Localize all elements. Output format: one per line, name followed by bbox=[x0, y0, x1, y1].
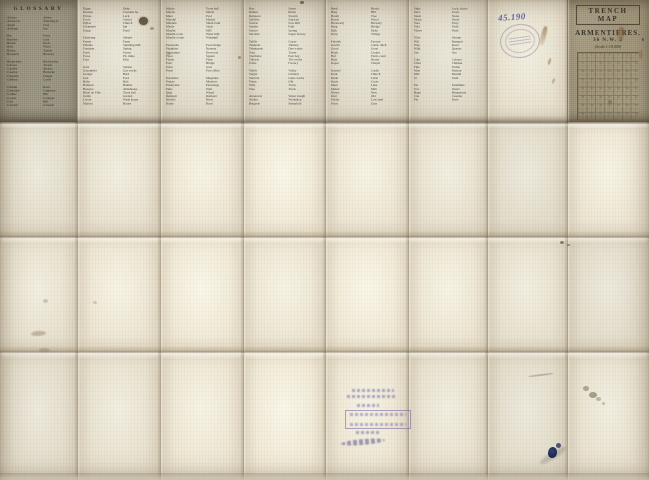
stain bbox=[93, 301, 97, 304]
stain bbox=[300, 1, 304, 4]
glossary-list: MairieTown hallMaraisMarshMarePoolMarché… bbox=[166, 7, 240, 106]
glossary-list: AbbayeAbbeyAbreuvoirWatering pl.ArgileCl… bbox=[7, 16, 74, 107]
map-panel bbox=[325, 122, 408, 237]
map-panel bbox=[243, 237, 325, 352]
map-panel bbox=[567, 122, 649, 237]
cover-scale-note: (Scale 1:10,000) bbox=[567, 44, 649, 49]
cover-edition-mark: 6 bbox=[642, 37, 644, 42]
map-panel bbox=[408, 237, 487, 352]
glossary-list: BeekBrookBergHillBoomTreeBoschWoodBrouwe… bbox=[331, 7, 405, 106]
map-panel bbox=[0, 352, 77, 480]
cover-series-label: TRENCH MAP bbox=[576, 5, 640, 25]
ink-stain bbox=[139, 17, 148, 25]
map-panel bbox=[160, 122, 243, 237]
glossary-panel: SluisLock, sluiceStadTownSteenStoneStraa… bbox=[408, 0, 487, 122]
blue-ink-blot bbox=[548, 447, 557, 458]
handwriting-line bbox=[352, 389, 394, 392]
rectangular-ink-stamp bbox=[345, 410, 411, 429]
map-panel bbox=[0, 122, 77, 237]
horizontal-fold bbox=[0, 231, 649, 243]
note-panel: 45.190 bbox=[487, 0, 567, 122]
horizontal-fold bbox=[0, 115, 649, 129]
stain-cluster bbox=[602, 402, 605, 405]
circular-ink-stamp bbox=[498, 21, 542, 60]
cover-title: ARMENTIERES. bbox=[567, 29, 649, 37]
stain bbox=[639, 50, 643, 59]
handwriting-line bbox=[347, 395, 397, 398]
map-panel bbox=[77, 237, 160, 352]
glossary-panel-cloth: GLOSSARY AbbayeAbbeyAbreuvoirWatering pl… bbox=[0, 0, 77, 122]
glossary-list: RueStreetRuinesRuinsRuisseauStreamSabliè… bbox=[249, 7, 322, 106]
map-panel bbox=[487, 352, 567, 480]
map-panel bbox=[243, 122, 325, 237]
stain bbox=[608, 100, 612, 104]
map-panel bbox=[567, 237, 649, 352]
map-panel bbox=[487, 122, 567, 237]
bottom-paper-edge bbox=[0, 473, 649, 480]
map-panel bbox=[408, 352, 487, 480]
stain bbox=[567, 244, 570, 246]
map-panel bbox=[77, 352, 160, 480]
stain-cluster bbox=[583, 386, 589, 391]
map-panel bbox=[325, 237, 408, 352]
glossary-title: GLOSSARY bbox=[0, 6, 77, 12]
blue-ink-blot bbox=[556, 443, 561, 448]
glossary-panel: RueStreetRuinesRuinsRuisseauStreamSabliè… bbox=[243, 0, 325, 122]
cover-sheet-number: 36 N.W. 2 bbox=[567, 38, 649, 43]
map-panel bbox=[160, 352, 243, 480]
stain-cluster bbox=[596, 397, 601, 401]
stain bbox=[43, 299, 48, 303]
handwriting-line bbox=[357, 404, 379, 407]
trench-map-verso: GLOSSARY AbbayeAbbeyAbreuvoirWatering pl… bbox=[0, 0, 649, 480]
stain-smudge bbox=[39, 348, 50, 352]
map-panel bbox=[243, 352, 325, 480]
map-panel bbox=[160, 237, 243, 352]
handwritten-price-mark: 45.190 bbox=[498, 11, 526, 23]
horizontal-fold bbox=[0, 346, 649, 358]
stain bbox=[238, 56, 241, 59]
map-panel bbox=[408, 122, 487, 237]
stain bbox=[560, 241, 564, 244]
handwriting-line bbox=[356, 431, 380, 434]
glossary-list: SluisLock, sluiceStadTownSteenStoneStraa… bbox=[414, 7, 484, 102]
glossary-panel: BeekBrookBergHillBoomTreeBoschWoodBrouwe… bbox=[325, 0, 408, 122]
map-panel bbox=[567, 352, 649, 480]
map-panel bbox=[487, 237, 567, 352]
map-panel bbox=[77, 122, 160, 237]
glossary-panel: MairieTown hallMaraisMarshMarePoolMarché… bbox=[160, 0, 243, 122]
stain bbox=[166, 52, 171, 55]
stain bbox=[150, 27, 154, 30]
sheet-index-grid: 1234567891011121314151617181920212223242… bbox=[577, 52, 639, 120]
